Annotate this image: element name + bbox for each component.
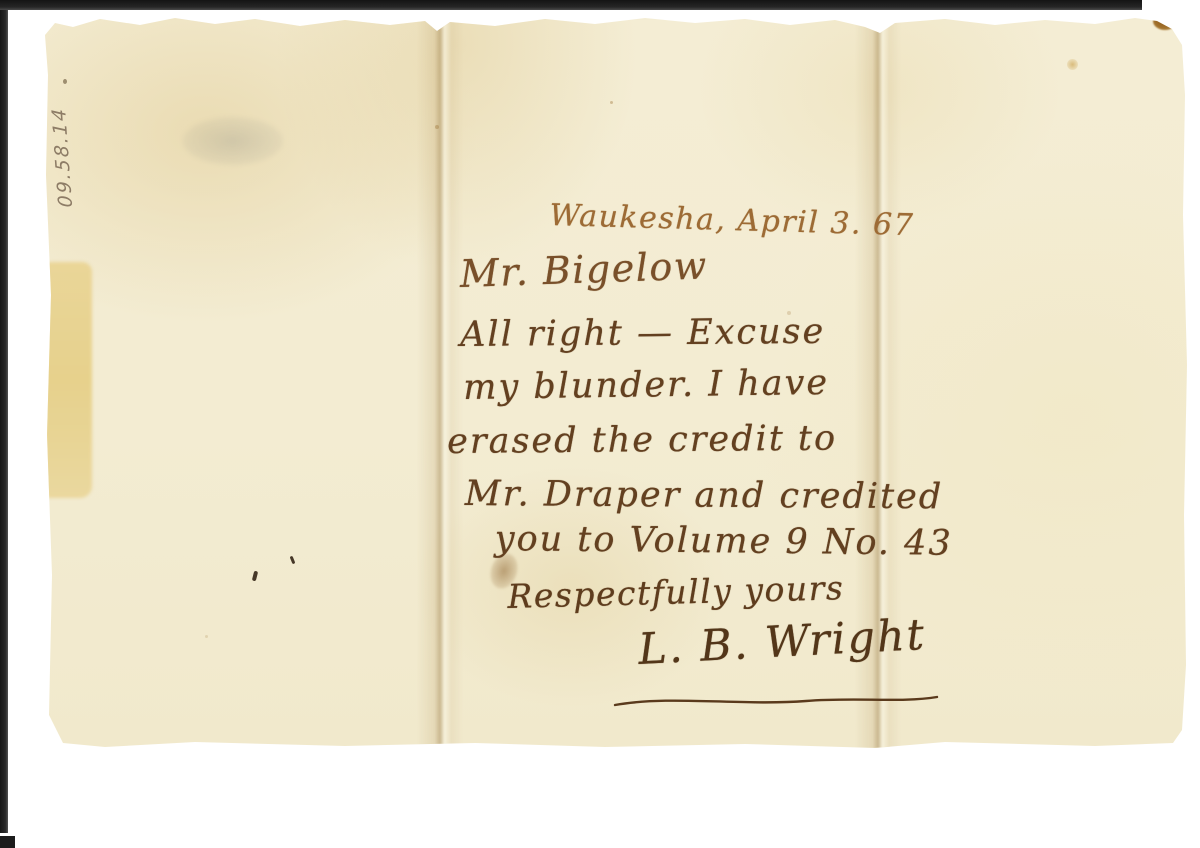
signature-flourish	[611, 691, 941, 711]
paper-freckle	[610, 101, 613, 104]
letter-paper: 09.58.14 Waukesha, April 3. 67 Mr. Bigel…	[45, 15, 1188, 748]
brown-stain-top-right	[1153, 12, 1177, 30]
scanner-edge-bottom-stub	[0, 836, 15, 848]
letter-body-line: All right — Excuse	[460, 312, 825, 355]
fold-crease-left	[417, 15, 463, 748]
paper-freckle	[205, 635, 208, 638]
scan-page: 09.58.14 Waukesha, April 3. 67 Mr. Bigel…	[0, 0, 1200, 848]
letter-body-line: my blunder. I have	[463, 363, 829, 408]
scanner-edge-top	[0, 0, 1142, 10]
ink-speck	[252, 571, 258, 582]
tape-residue-stain	[45, 262, 92, 498]
paper-freckle	[63, 79, 67, 84]
small-stain-dot	[1067, 59, 1078, 70]
scanner-edge-left	[0, 0, 8, 833]
letter-body-line: erased the credit to	[447, 419, 837, 462]
letter-body-line: you to Volume 9 No. 43	[495, 519, 953, 564]
paper-freckle	[435, 125, 439, 129]
letter-closing: Respectfully yours	[507, 568, 845, 616]
letter-salutation: Mr. Bigelow	[459, 243, 708, 296]
accession-number: 09.58.14	[48, 107, 77, 208]
ink-speck	[290, 556, 296, 565]
gray-smudge	[183, 117, 283, 165]
letter-body-line: Mr. Draper and credited	[465, 474, 944, 517]
